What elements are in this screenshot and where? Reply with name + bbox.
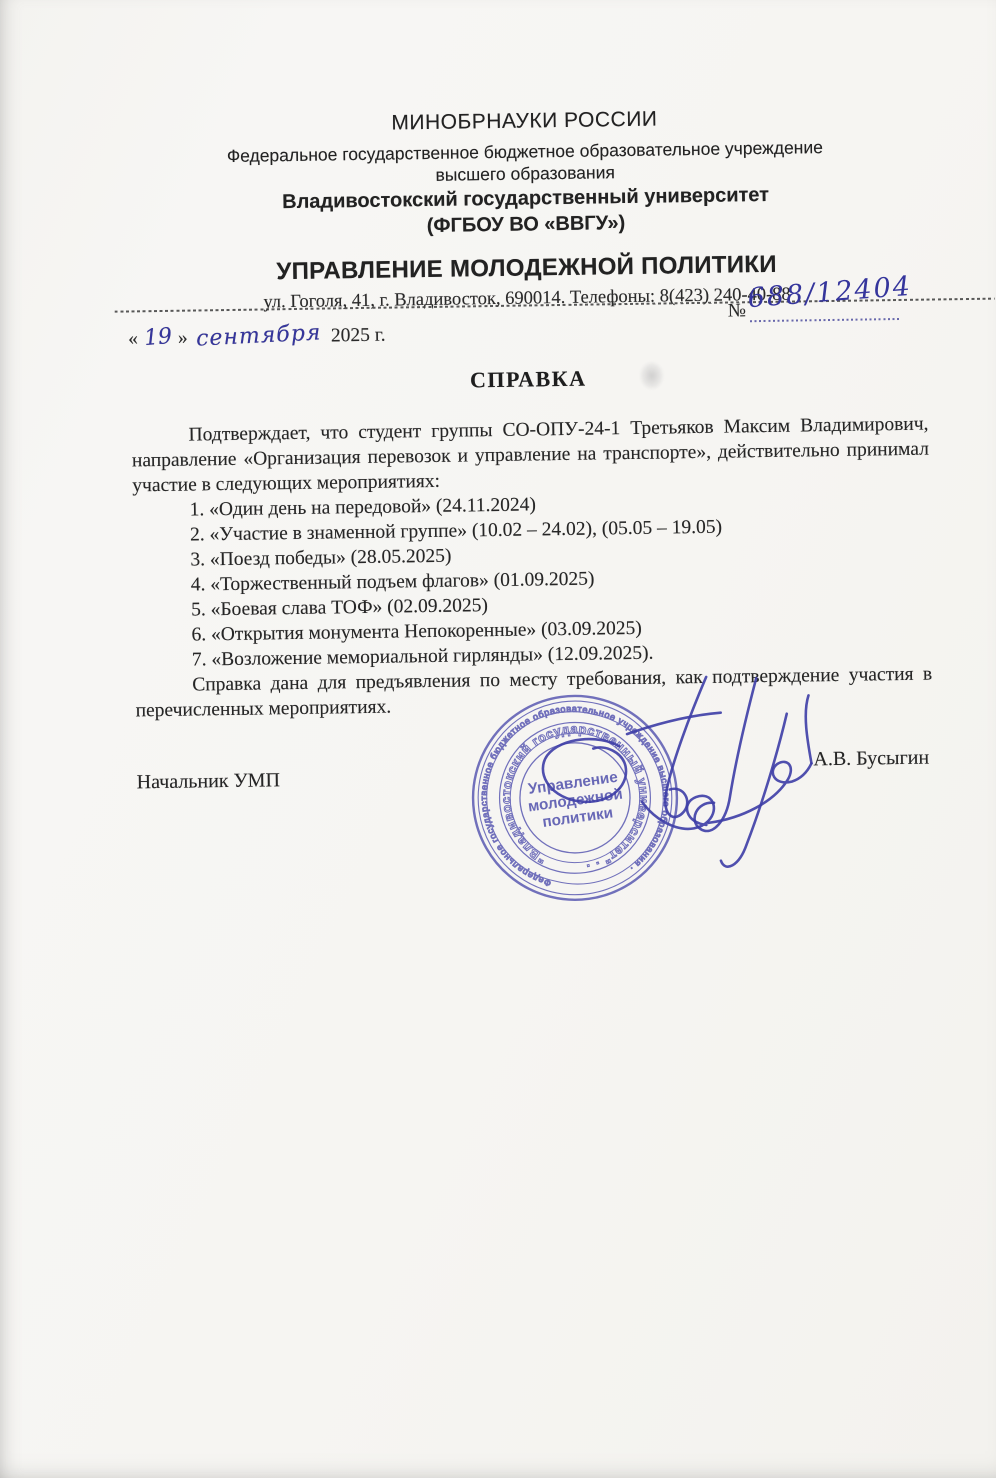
scanned-document-page: МИНОБРНАУКИ РОССИИ Федеральное государст… (0, 0, 996, 1478)
signature-stroke (693, 678, 759, 831)
events-list: 1. «Один день на передовой» (24.11.2024)… (132, 487, 932, 674)
signature-stroke (542, 739, 626, 803)
document-title: СПРАВКА (131, 361, 926, 399)
document-content: МИНОБРНАУКИ РОССИИ Федеральное государст… (0, 0, 996, 1478)
signature-stroke (627, 713, 721, 734)
date-day-handwritten: 19 (143, 324, 173, 351)
signature-stroke (642, 796, 714, 830)
ministry-name: МИНОБРНАУКИ РОССИИ (127, 104, 922, 140)
date-year: 2025 г. (331, 325, 386, 347)
document-date-block: «19»сентября2025 г. (128, 322, 386, 351)
number-label: № (728, 300, 746, 322)
date-month-handwritten: сентября (195, 320, 321, 351)
signature-stroke (707, 761, 812, 822)
signer-name: А.В. Бусыгин (813, 747, 929, 772)
document-number-block: № 688/12404 (727, 282, 928, 329)
pen-signature (498, 653, 823, 894)
intro-paragraph: Подтверждает, что студент группы СО-ОПУ-… (131, 412, 929, 499)
date-close-quote: » (178, 328, 188, 349)
signature-stroke (805, 695, 811, 763)
number-dotted-underline (750, 318, 900, 322)
date-open-quote: « (128, 328, 138, 349)
signer-position: Начальник УМП (137, 769, 281, 794)
